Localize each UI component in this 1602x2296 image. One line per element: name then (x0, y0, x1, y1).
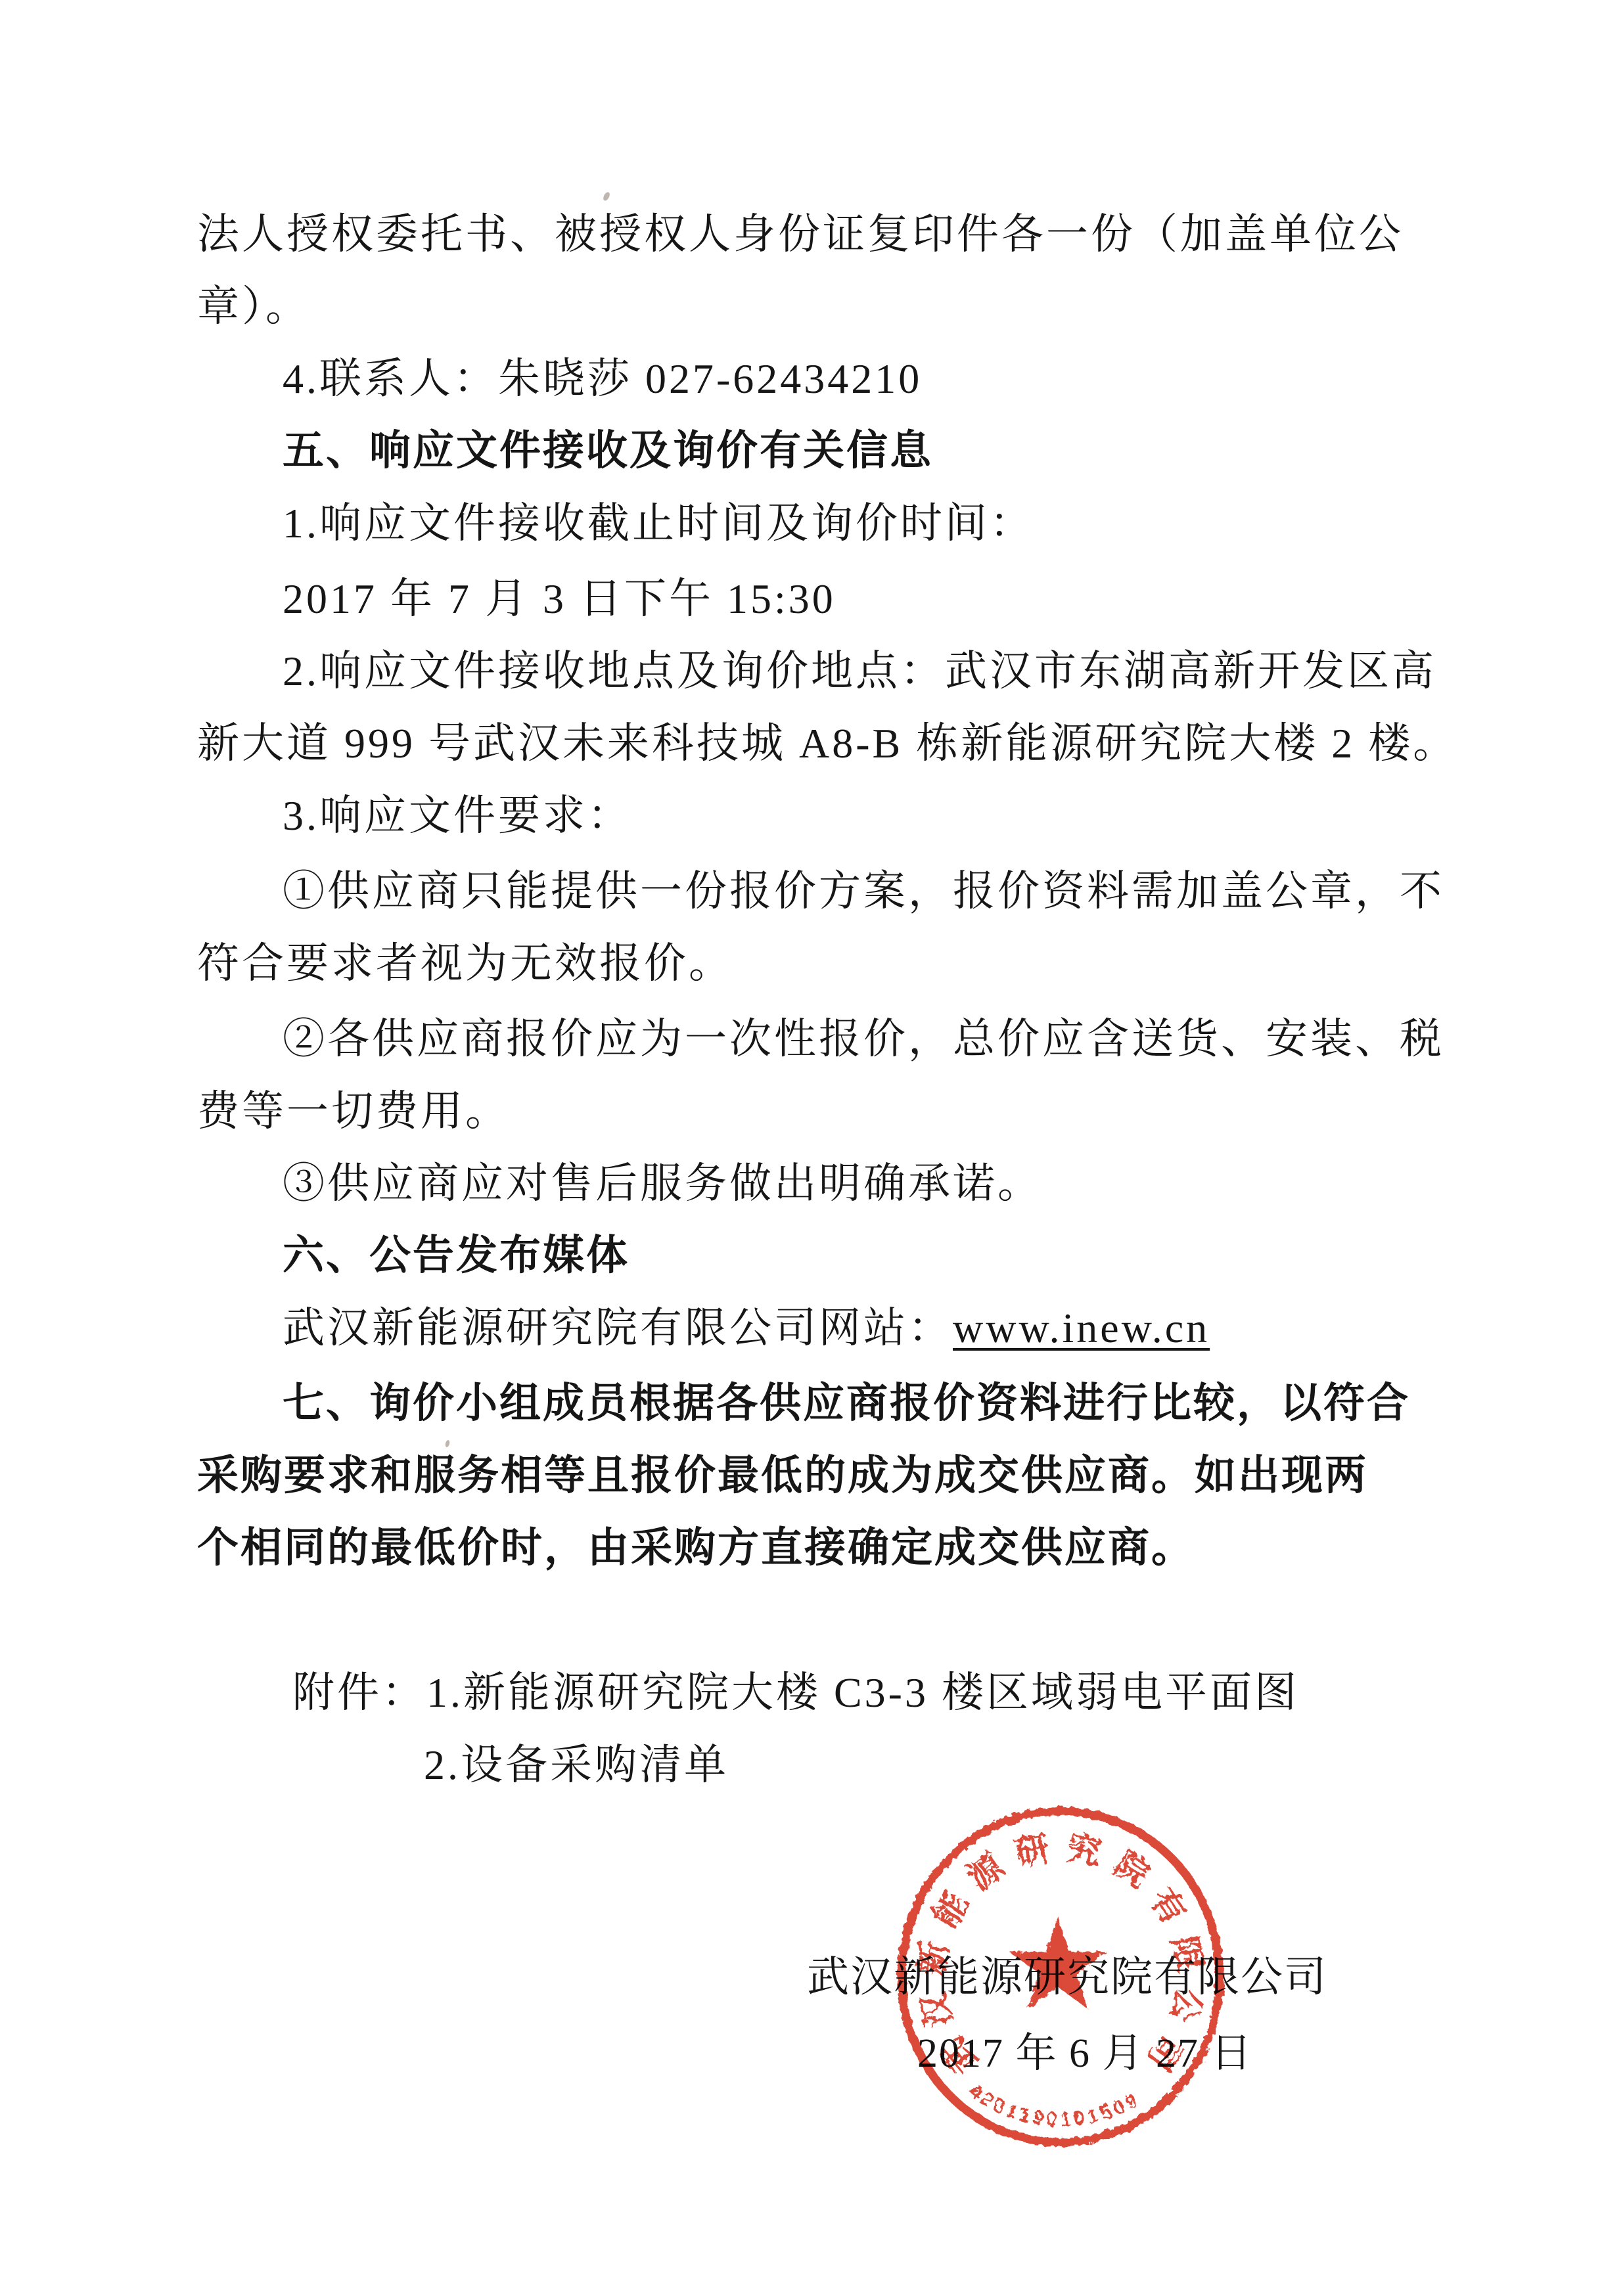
body-line: 法人授权委托书、被授权人身份证复印件各一份（加盖单位公 (197, 214, 1404, 256)
body-line: 1.响应文件接收截止时间及询价时间： (283, 503, 1034, 545)
seal-number-char: 1 (1085, 2104, 1101, 2128)
seal-number-char: 0 (990, 2094, 1009, 2118)
seal-ring-char: 院 (1107, 1845, 1156, 1895)
requirement-3-line: ③供应商应对售后服务做出明确承诺。 (283, 1163, 1042, 1205)
body-line: 3.响应文件要求： (283, 795, 632, 837)
seal-number-char: 0 (1045, 2109, 1058, 2131)
seal-number-char: 1 (1003, 2099, 1020, 2123)
website-line: 武汉新能源研究院有限公司网站：www.inew.cn (283, 1307, 1210, 1349)
requirement-1-line: 符合要求者视为无效报价。 (197, 943, 733, 985)
seal-number-char: 2 (976, 2087, 997, 2111)
scan-artifact-speck (445, 1439, 451, 1447)
section-heading-7: 七、询价小组成员根据各供应商报价资料进行比较，以符合 (283, 1383, 1410, 1424)
signature-company-name: 武汉新能源研究院有限公司 (807, 1956, 1327, 1998)
contact-line: 4.联系人：朱晓莎 027-62434210 (283, 358, 922, 400)
seal-serial-number: 4201190101509 (965, 2080, 1141, 2131)
seal-ring-char: 能 (926, 1885, 976, 1935)
seal-number-char: 1 (1060, 2109, 1072, 2131)
section-7-line: 采购要求和服务相等且报价最低的成为成交供应商。如出现两 (197, 1455, 1368, 1497)
requirement-2-line: 费等一切费用。 (197, 1091, 510, 1133)
seal-ring-char: 研 (1012, 1830, 1053, 1874)
requirement-1-line: ①供应商只能提供一份报价方案，报价资料需加盖公章，不 (283, 870, 1444, 912)
seal-ring-char: 有 (1143, 1881, 1193, 1931)
deadline-line: 2017 年 7 月 3 日下午 15:30 (283, 578, 836, 620)
requirement-2-line: ②各供应商报价应为一次性报价，总价应含送货、安装、税 (283, 1018, 1444, 1060)
scan-artifact-speck (602, 191, 611, 202)
seal-number-char: 0 (1072, 2107, 1086, 2130)
seal-number-char: 9 (1031, 2107, 1045, 2130)
signature-date: 2017 年 6 月 27 日 (917, 2033, 1253, 2074)
attachment-line-2: 2.设备采购清单 (424, 1744, 729, 1786)
website-url-link: www.inew.cn (953, 1305, 1210, 1351)
scanned-document-page: { "page": { "width": 2438, "height": 349… (0, 0, 1602, 2296)
website-label: 武汉新能源研究院有限公司网站： (283, 1305, 953, 1351)
seal-number-char: 9 (1121, 2089, 1141, 2113)
attachment-line-1: 附件：1.新能源研究院大楼 C3-3 楼区域弱电平面图 (292, 1672, 1299, 1714)
section-7-line: 个相同的最低价时，由采购方直接确定成交供应商。 (197, 1527, 1195, 1569)
seal-number-char: 0 (1109, 2096, 1128, 2120)
seal-number-char: 4 (965, 2080, 986, 2104)
body-line: 2.响应文件接收地点及询价地点：武汉市东湖高新开发区高 (283, 650, 1436, 692)
section-heading-6: 六、公告发布媒体 (283, 1235, 629, 1276)
seal-number-char: 1 (1017, 2104, 1032, 2127)
seal-ring-char: 源 (961, 1847, 1011, 1898)
seal-number-char: 5 (1097, 2100, 1114, 2125)
body-line: 章）。 (197, 286, 310, 328)
document-page: 法人授权委托书、被授权人身份证复印件各一份（加盖单位公 章）。 4.联系人：朱晓… (0, 0, 1602, 2296)
section-heading-5: 五、响应文件接收及询价有关信息 (283, 430, 933, 472)
seal-ring-char: 究 (1064, 1829, 1105, 1873)
address-line: 新大道 999 号武汉未来科技城 A8-B 栋新能源研究院大楼 2 楼。 (197, 723, 1457, 765)
